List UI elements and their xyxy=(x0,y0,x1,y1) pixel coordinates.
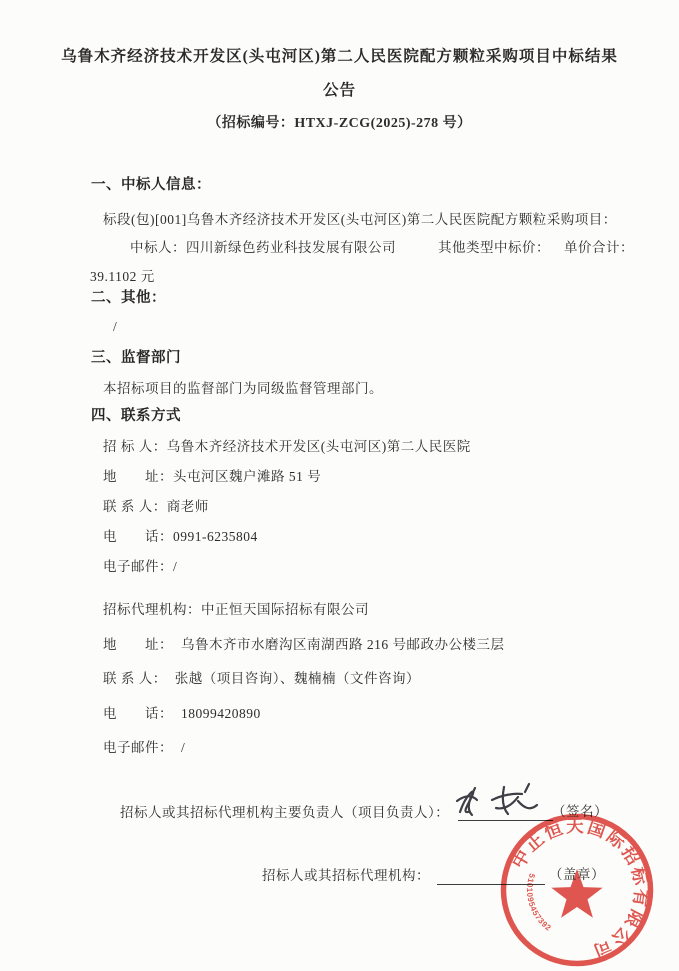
agency-contact-value: 张越（项目咨询）、魏楠楠（文件咨询） xyxy=(175,671,420,686)
section3-content: 本招标项目的监督部门为同级监督管理部门。 xyxy=(103,380,383,397)
scanned-document-page: 乌鲁木齐经济技术开发区(头屯河区)第二人民医院配方颗粒采购项目中标结果 公告 （… xyxy=(0,0,679,971)
svg-text:5101095457392: 5101095457392 xyxy=(525,872,553,933)
section2-heading: 二、其他： xyxy=(91,290,166,307)
tenderer-email-value: / xyxy=(173,559,177,574)
winner-name: 四川新绿色药业科技发展有限公司 xyxy=(186,240,396,255)
winner-line: 中标人：四川新绿色药业科技发展有限公司其他类型中标价：单价合计： xyxy=(130,239,634,256)
seal-star-icon xyxy=(551,869,602,918)
section4-heading: 四、联系方式 xyxy=(91,408,181,425)
section2-content: / xyxy=(113,318,117,335)
tenderer-phone-label: 电 话： xyxy=(103,529,173,544)
company-seal-stamp: 中正恒天国际招标有限公司 5101095457392 xyxy=(492,805,662,971)
principal-line-label: 招标人或其招标代理机构主要负责人（项目负责人）： xyxy=(120,804,449,821)
agency-row-contact: 联 系 人：张越（项目咨询）、魏楠楠（文件咨询） xyxy=(103,670,420,687)
document-title-line1: 乌鲁木齐经济技术开发区(头屯河区)第二人民医院配方颗粒采购项目中标结果 xyxy=(0,48,679,65)
seal-serial-text: 5101095457392 xyxy=(525,872,553,933)
agency-name-label: 招标代理机构： xyxy=(103,602,201,617)
price-label: 单价合计： xyxy=(564,239,634,256)
agency-address-value: 乌鲁木齐市水磨沟区南湖西路 216 号邮政办公楼三层 xyxy=(181,637,505,652)
tenderer-row-phone: 电 话：0991-6235804 xyxy=(103,528,258,545)
tenderer-row-email: 电子邮件：/ xyxy=(103,558,177,575)
tenderer-row-name: 招 标 人：乌鲁木齐经济技术开发区(头屯河区)第二人民医院 xyxy=(103,438,471,455)
price-type-label: 其他类型中标价： xyxy=(438,239,550,256)
price-value: 39.1102 元 xyxy=(90,268,155,285)
winner-label: 中标人： xyxy=(130,240,186,255)
agency-email-value: / xyxy=(181,740,185,755)
agency-address-label: 地 址： xyxy=(103,637,173,652)
tenderer-name-label: 招 标 人： xyxy=(103,439,167,454)
agency-phone-value: 18099420890 xyxy=(181,706,261,721)
section1-heading: 一、中标人信息： xyxy=(91,177,211,194)
document-title-line2: 公告 xyxy=(0,82,679,99)
lot-line: 标段(包)[001]乌鲁木齐经济技术开发区(头屯河区)第二人民医院配方颗粒采购项… xyxy=(103,211,617,228)
agency-row-email: 电子邮件：/ xyxy=(103,739,185,756)
tender-number: （招标编号：HTXJ-ZCG(2025)-278 号） xyxy=(0,115,679,132)
tenderer-phone-value: 0991-6235804 xyxy=(173,529,258,544)
org-line-label: 招标人或其招标代理机构： xyxy=(262,867,430,884)
tenderer-address-value: 头屯河区魏户滩路 51 号 xyxy=(173,469,321,484)
agency-row-name: 招标代理机构：中正恒天国际招标有限公司 xyxy=(103,601,369,618)
agency-contact-label: 联 系 人： xyxy=(103,671,167,686)
tenderer-row-contact: 联 系 人：商老师 xyxy=(103,498,209,515)
agency-row-phone: 电 话：18099420890 xyxy=(103,705,261,722)
agency-name-value: 中正恒天国际招标有限公司 xyxy=(201,602,369,617)
tenderer-name-value: 乌鲁木齐经济技术开发区(头屯河区)第二人民医院 xyxy=(167,439,471,454)
agency-email-label: 电子邮件： xyxy=(103,740,173,755)
agency-row-address: 地 址：乌鲁木齐市水磨沟区南湖西路 216 号邮政办公楼三层 xyxy=(103,636,505,653)
section3-heading: 三、监督部门 xyxy=(91,350,181,367)
tenderer-address-label: 地 址： xyxy=(103,469,173,484)
agency-phone-label: 电 话： xyxy=(103,706,173,721)
tenderer-row-address: 地 址：头屯河区魏户滩路 51 号 xyxy=(103,468,321,485)
tenderer-email-label: 电子邮件： xyxy=(103,559,173,574)
tenderer-contact-value: 商老师 xyxy=(167,499,209,514)
tenderer-contact-label: 联 系 人： xyxy=(103,499,167,514)
